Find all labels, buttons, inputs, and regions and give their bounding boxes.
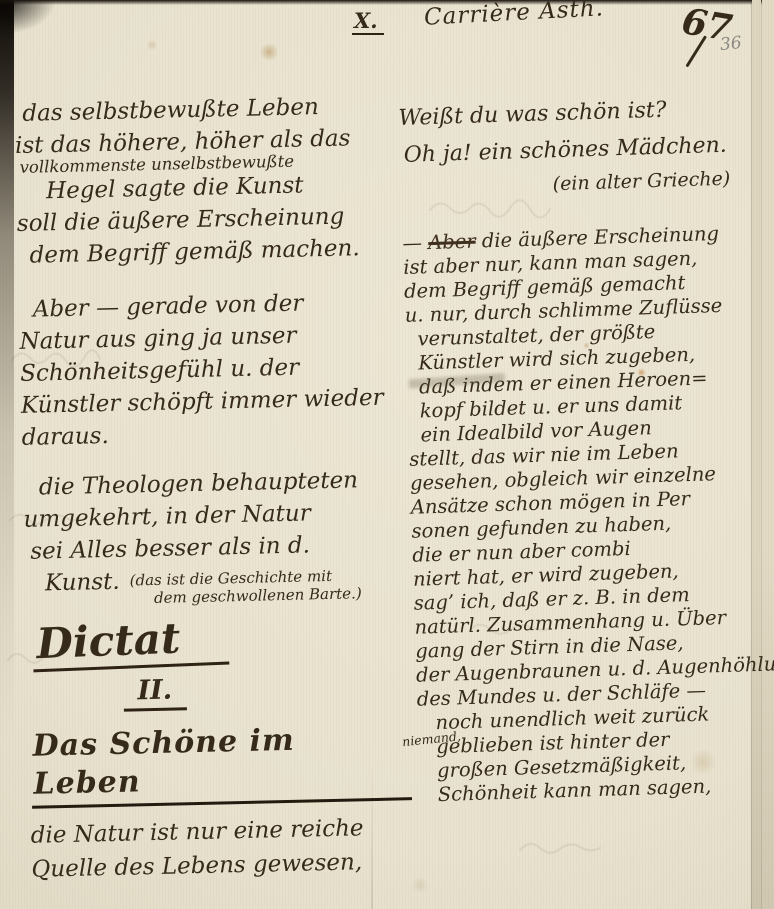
manuscript-page: X. Carrière Ästh. 67 36 das selbstbewußt… bbox=[0, 0, 774, 909]
manuscript-line: Kunst. (das ist die Geschichte mit dem g… bbox=[45, 559, 408, 609]
marginal-note: (das ist die Geschichte mit dem geschwol… bbox=[129, 566, 361, 607]
right-column: Weißt du was schön ist? Oh ja! ein schön… bbox=[398, 88, 774, 807]
manuscript-line: Quelle des Lebens gewesen, bbox=[31, 844, 414, 887]
paragraph: die Theologen behaupteten umgekehrt, in … bbox=[22, 463, 407, 610]
foxing-spot bbox=[146, 40, 158, 50]
heading-title: Das Schöne im Leben bbox=[30, 719, 412, 809]
heading-dictat: Dictat bbox=[31, 612, 229, 673]
struck-word: Aber bbox=[428, 230, 476, 254]
paragraph-dash: — bbox=[402, 231, 422, 255]
manuscript-word: Kunst. bbox=[45, 566, 120, 600]
corner-shadow bbox=[0, 0, 60, 40]
quote-block: Weißt du was schön ist? Oh ja! ein schön… bbox=[398, 88, 772, 174]
foxing-spot bbox=[258, 44, 280, 60]
folio-number-pencil: 36 bbox=[719, 33, 743, 55]
book-binding-shadow bbox=[0, 0, 14, 909]
section-mark: X. bbox=[352, 8, 384, 35]
paragraph: — Aber die äußere Erscheinung ist aber n… bbox=[402, 220, 774, 807]
paragraph: das selbstbewußte Leben ist das höhere, … bbox=[14, 89, 400, 272]
page-top-edge bbox=[0, 0, 774, 5]
left-column: das selbstbewußte Leben ist das höhere, … bbox=[14, 89, 414, 886]
foxing-spot bbox=[410, 878, 430, 892]
paragraph: die Natur ist nur eine reiche Quelle des… bbox=[30, 810, 413, 887]
heading-numeral: II. bbox=[123, 675, 186, 711]
header-title: Carrière Ästh. bbox=[423, 0, 604, 31]
quote-attribution: (ein alter Grieche) bbox=[552, 166, 773, 195]
paragraph: Aber — gerade von der Natur aus ging ja … bbox=[18, 285, 404, 454]
